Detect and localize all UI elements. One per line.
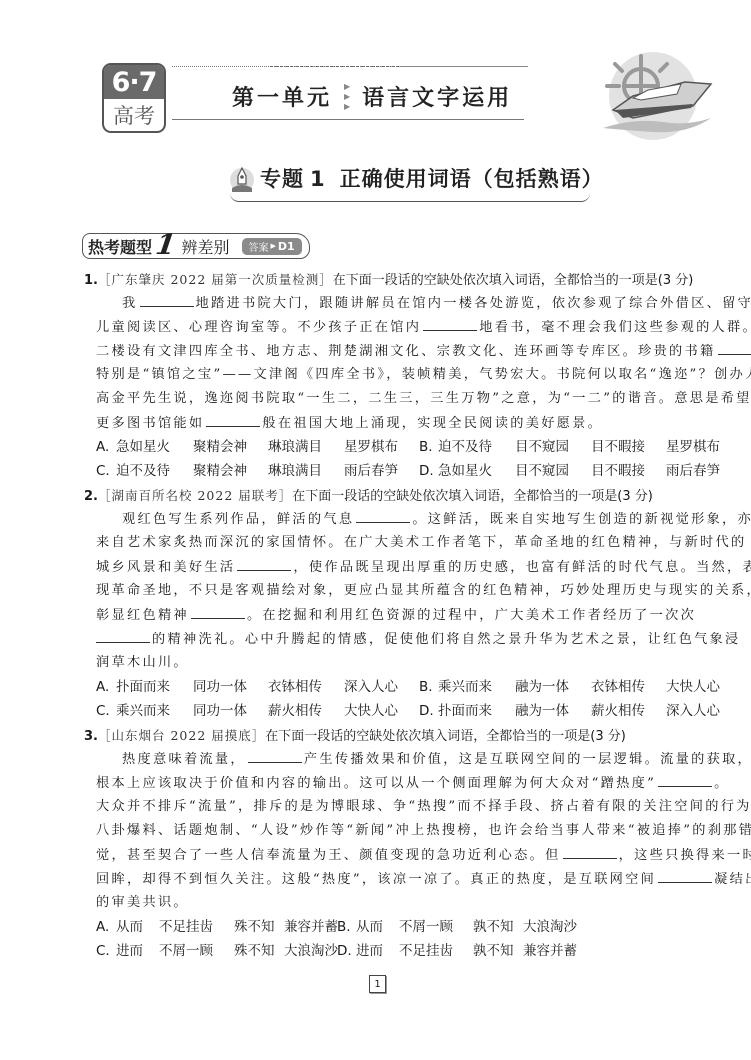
option-word: 扑面而来 [116, 676, 170, 698]
text: 城乡风景和美好生活 [96, 560, 235, 575]
text: 热度意味着流量， [122, 752, 246, 767]
option-word: 大浪淘沙 [284, 940, 338, 962]
option-word: 不屑一顾 [399, 916, 453, 938]
passage-line: 现革命圣地，不只是客观描绘对象，更应凸显其所蕴含的红色精神，巧妙处理历史与现实的… [96, 580, 751, 602]
option-word: 乘兴而来 [116, 700, 170, 722]
text: 二楼设有文津四库全书、地方志、荆楚湖湘文化、宗教文化、连环画等专库区。珍贵的书籍 [96, 344, 716, 359]
passage-line: 我地踏进书院大门，跟随讲解员在馆内一楼各处游览，依次参观了综合外借区、留守 [122, 292, 751, 314]
triangle-separator-icon: ▶▶▶ [344, 82, 350, 111]
passage-line: 二楼设有文津四库全书、地方志、荆楚湖湘文化、宗教文化、连环画等专库区。珍贵的书籍… [96, 340, 751, 362]
yacht-steering-wheel-icon [593, 48, 713, 148]
hot-type-banner: 热考题型 1 辨差别 答案 ▶ D1 [88, 232, 302, 260]
option-word: 同功一体 [193, 676, 247, 698]
question-stem: 在下面一段话的空缺处依次填入词语，全都恰当的一项是(3 分) [265, 729, 626, 744]
question-source: ［广东肇庆 2022 届第一次质量检测］ [98, 272, 333, 287]
option-label: C. [96, 940, 110, 962]
passage-line: 回眸，却得不到恒久关注。这般“热度”，该凉一凉了。真正的热度，是互联网空间凝结出 [96, 868, 751, 890]
option-word: 进而 [356, 940, 383, 962]
answer-blank [140, 292, 194, 307]
option-word: 深入人心 [666, 700, 720, 722]
answer-blank [718, 340, 751, 355]
option-word: 目不暇接 [591, 460, 645, 482]
exam-logo-icon: 6·7 高考 [102, 63, 166, 133]
option-word: 从而 [356, 916, 383, 938]
passage-line: 观红色写生系列作品，鲜活的气息。这鲜活，既来自实地写生创造的新视觉形象，亦 [122, 508, 751, 530]
passage-line: 城乡风景和美好生活，使作品既呈现出厚重的历史感，也富有鲜活的时代气息。当然，表 [96, 556, 751, 578]
text: 地看书，毫不理会我们这些参观的人群。 [479, 320, 751, 335]
header-divider-bottom [172, 119, 524, 120]
question-header: 1.［广东肇庆 2022 届第一次质量检测］在下面一段话的空缺处依次填入词语，全… [84, 268, 693, 290]
passage-line: 热度意味着流量，产生传播效果和价值，这是互联网空间的一层逻辑。流量的获取， [122, 748, 751, 770]
option-word: 目不暇接 [591, 436, 645, 458]
option-word: 兼容并蓄 [284, 916, 338, 938]
unit-title: 第一单元 ▶▶▶ 语言文字运用 [232, 80, 512, 112]
passage-line: 润草木山川。 [96, 652, 189, 674]
passage-line: 高金平先生说，逸迩阅书院取“一生二，二生三，三生万物”之意，为“一二”的谐音。意… [96, 388, 751, 410]
passage-line: 大众并不排斥“流量”，排斥的是为博眼球、争“热搜”而不择手段、挤占着有限的关注空… [96, 796, 751, 818]
rocket-icon [228, 164, 256, 192]
option-word: 雨后春笋 [344, 460, 398, 482]
option-label: B. [419, 676, 433, 698]
answer-blank [356, 508, 410, 523]
option-word: 大浪淘沙 [523, 916, 577, 938]
passage-line: 的精神洗礼。心中升腾起的情感，促使他们将自然之景升华为艺术之景，让红色气象浸 [96, 628, 741, 650]
option-word: 琳琅满目 [268, 436, 322, 458]
topic-title: 正确使用词语（包括熟语） [340, 166, 604, 191]
text: 般在祖国大地上涌现，实现全民阅读的美好愿景。 [262, 416, 603, 431]
answer-blank [206, 412, 260, 427]
text: 回眸，却得不到恒久关注。这般“热度”，该凉一凉了。真正的热度，是互联网空间 [96, 872, 656, 887]
option-word: 深入人心 [344, 676, 398, 698]
hot-type-number: 1 [154, 228, 178, 261]
passage-line: 更多图书馆能如般在祖国大地上涌现，实现全民阅读的美好愿景。 [96, 412, 603, 434]
passage-line: 儿童阅读区、心理咨询室等。不少孩子正在馆内地看书，毫不理会我们这些参观的人群。 [96, 316, 751, 338]
answer-label: 答案 [249, 239, 269, 254]
topic-underline [230, 193, 590, 202]
option-label: C. [96, 460, 110, 482]
option-label: A. [96, 916, 109, 938]
option-word: 不足挂齿 [159, 916, 213, 938]
answer-blank [191, 604, 245, 619]
text: 。这鲜活，既来自实地写生创造的新视觉形象，亦 [412, 512, 751, 527]
option-word: 急如星火 [438, 460, 492, 482]
option-word: 乘兴而来 [438, 676, 492, 698]
text: 彰显红色精神 [96, 608, 189, 623]
option-word: 琳琅满目 [268, 460, 322, 482]
option-word: 急如星火 [116, 436, 170, 458]
question-header: 3.［山东烟台 2022 届摸底］在下面一段话的空缺处依次填入词语，全都恰当的一… [84, 724, 626, 746]
option-word: 进而 [116, 940, 143, 962]
option-word: 同功一体 [193, 700, 247, 722]
text: 更多图书馆能如 [96, 416, 204, 431]
hot-type-name: 辨差别 [182, 235, 230, 258]
option-word: 殊不知 [234, 916, 275, 938]
answer-blank [658, 772, 712, 787]
option-word: 融为一体 [515, 700, 569, 722]
option-label: A. [96, 676, 109, 698]
text: 。 [714, 776, 730, 791]
option-word: 目不窥园 [515, 460, 569, 482]
answer-blank [96, 628, 150, 643]
triangle-right-icon: ▶ [271, 242, 276, 250]
text: ，这些只换得来一时 [619, 848, 751, 863]
text: 我 [122, 296, 138, 311]
option-word: 薪火相传 [591, 700, 645, 722]
passage-line: 特别是“镇馆之宝”——文津阁《四库全书》，装帧精美，气势宏大。书院何以取名“逸迩… [96, 364, 751, 386]
option-word: 从而 [116, 916, 143, 938]
question-header: 2.［湖南百所名校 2022 届联考］在下面一段话的空缺处依次填入词语，全都恰当… [84, 484, 653, 506]
question-stem: 在下面一段话的空缺处依次填入词语，全都恰当的一项是(3 分) [333, 273, 694, 288]
text: 地踏进书院大门，跟随讲解员在馆内一楼各处游览，依次参观了综合外借区、留守 [196, 296, 751, 311]
option-word: 不屑一顾 [159, 940, 213, 962]
hot-type-label: 热考题型 [88, 235, 152, 258]
question-number: 3. [84, 729, 98, 744]
option-word: 薪火相传 [268, 700, 322, 722]
topic-prefix: 专题 [260, 166, 304, 191]
option-label: D. [419, 700, 434, 722]
text: ，使作品既呈现出厚重的历史感，也富有鲜活的时代气息。当然，表 [293, 560, 751, 575]
answer-ref: D1 [278, 240, 295, 253]
option-label: A. [96, 436, 109, 458]
option-word: 大快人心 [666, 676, 720, 698]
text: 凝结出 [714, 872, 751, 887]
option-word: 目不窥园 [515, 436, 569, 458]
text: 儿童阅读区、心理咨询室等。不少孩子正在馆内 [96, 320, 421, 335]
topic-number: 1 [310, 167, 326, 191]
option-label: C. [96, 700, 110, 722]
question-number: 2. [84, 489, 98, 504]
unit-subject: 语言文字运用 [362, 81, 512, 112]
option-word: 兼容并蓄 [523, 940, 577, 962]
option-word: 大快人心 [344, 700, 398, 722]
option-word: 星罗棋布 [344, 436, 398, 458]
passage-line: 根本上应该取决于价值和内容的输出。这可以从一个侧面理解为何大众对“蹭热度”。 [96, 772, 730, 794]
text: 产生传播效果和价值，这是互联网空间的一层逻辑。流量的获取， [304, 752, 751, 767]
question-source: ［湖南百所名校 2022 届联考］ [98, 488, 292, 503]
option-word: 融为一体 [515, 676, 569, 698]
passage-line: 来自艺术家炙热而深沉的家国情怀。在广大美术工作者笔下，革命圣地的红色精神，与新时… [96, 532, 746, 554]
passage-line: 觉，甚至契合了一些人信奉流量为王、颜值变现的急功近利心态。但，这些只换得来一时 [96, 844, 751, 866]
logo-label: 高考 [104, 99, 164, 131]
answer-blank [248, 748, 302, 763]
passage-line: 的审美共识。 [96, 892, 189, 914]
option-word: 迫不及待 [438, 436, 492, 458]
option-word: 星罗棋布 [666, 436, 720, 458]
text: 根本上应该取决于价值和内容的输出。这可以从一个侧面理解为何大众对“蹭热度” [96, 776, 656, 791]
option-word: 殊不知 [234, 940, 275, 962]
logo-number: 6·7 [104, 65, 164, 99]
option-word: 孰不知 [473, 940, 514, 962]
option-word: 扑面而来 [438, 700, 492, 722]
option-label: D. [337, 940, 352, 962]
text: 觉，甚至契合了一些人信奉流量为王、颜值变现的急功近利心态。但 [96, 848, 561, 863]
topic-heading: 专题1正确使用词语（包括熟语） [228, 160, 604, 196]
passage-line: 彰显红色精神。在挖掘和利用红色资源的过程中，广大美术工作者经历了一次次 [96, 604, 696, 626]
text: 观红色写生系列作品，鲜活的气息 [122, 512, 354, 527]
text: 的精神洗礼。心中升腾起的情感，促使他们将自然之景升华为艺术之景，让红色气象浸 [152, 632, 741, 647]
answer-blank [423, 316, 477, 331]
text: 。在挖掘和利用红色资源的过程中，广大美术工作者经历了一次次 [247, 608, 696, 623]
option-label: B. [419, 436, 433, 458]
question-number: 1. [84, 273, 98, 288]
question-source: ［山东烟台 2022 届摸底］ [98, 728, 265, 743]
page-number: 1 [369, 975, 386, 993]
option-word: 聚精会神 [193, 460, 247, 482]
option-label: D. [419, 460, 434, 482]
unit-name: 第一单元 [232, 81, 332, 112]
answer-blank [658, 868, 712, 883]
passage-line: 八卦爆料、话题炮制、“人设”炒作等“新闻”冲上热搜榜，也许会给当事人带来“被追捧… [96, 820, 751, 842]
option-word: 衣钵相传 [591, 676, 645, 698]
option-label: B. [337, 916, 351, 938]
option-word: 迫不及待 [116, 460, 170, 482]
option-word: 雨后春笋 [666, 460, 720, 482]
option-word: 不足挂齿 [399, 940, 453, 962]
answer-blank [563, 844, 617, 859]
option-word: 孰不知 [473, 916, 514, 938]
question-stem: 在下面一段话的空缺处依次填入词语，全都恰当的一项是(3 分) [292, 489, 653, 504]
option-word: 衣钵相传 [268, 676, 322, 698]
answer-reference-badge[interactable]: 答案 ▶ D1 [242, 238, 302, 255]
header-divider-top-solid [400, 66, 528, 67]
answer-blank [237, 556, 291, 571]
option-word: 聚精会神 [193, 436, 247, 458]
